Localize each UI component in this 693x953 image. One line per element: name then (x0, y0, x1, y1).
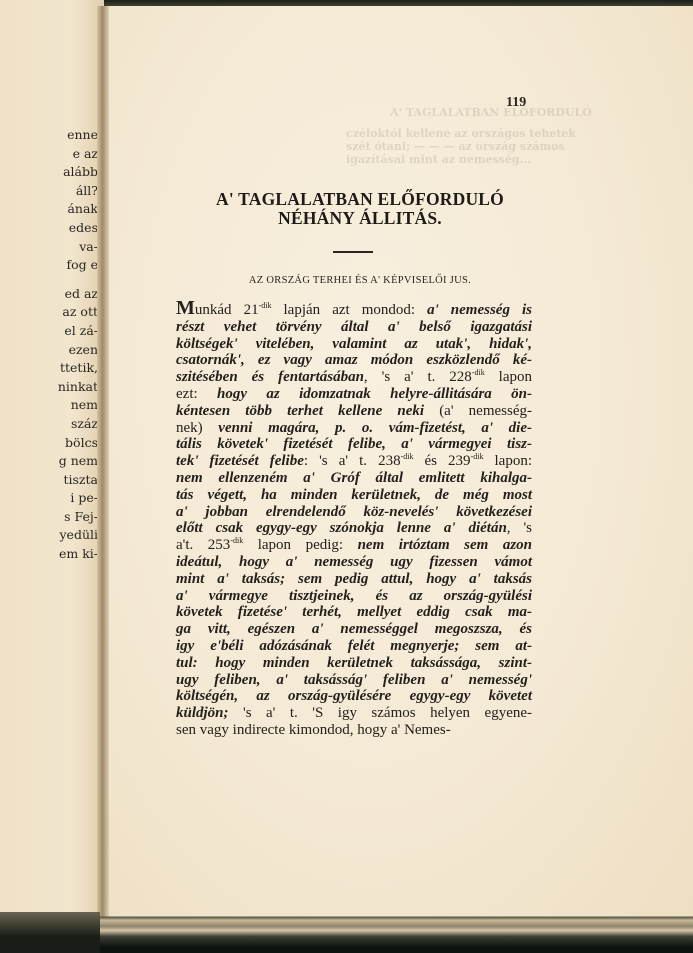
page-number: 119 (506, 95, 526, 111)
left-page-line: em ki- (0, 545, 98, 564)
text-line: nek) venni magára, p. o. vám-fizetést, a… (176, 420, 532, 437)
italic-quote: előtt csak egygy-egy szónokja lenne a' d… (176, 520, 507, 536)
italic-quote: mint a' taksás; sem pedig attul, hogy a'… (176, 571, 532, 587)
left-page-line: ninkat (0, 378, 98, 397)
italic-quote: tális követek' fizetését felibe, a' várm… (176, 436, 532, 452)
left-page-line: áll? (0, 182, 98, 201)
text-line: tális követek' fizetését felibe, a' várm… (176, 436, 532, 453)
left-page-line: el zá- (0, 322, 98, 341)
text-run: nek) (176, 420, 218, 436)
italic-quote: küldjön; (176, 705, 229, 721)
text-line: küldjön; 's a' t. 'S igy számos helyen e… (176, 705, 532, 722)
text-run: unkád 21 (195, 302, 259, 318)
left-page-line: tiszta (0, 471, 98, 490)
italic-quote: venni magára, p. o. vám-fizetést, a' die… (218, 420, 532, 436)
text-run: 's a' t. 'S igy számos helyen egyene- (229, 705, 532, 721)
left-page-line: yedüli (0, 526, 98, 545)
text-line: a't. 253-dik lapon pedig: nem irtóztam s… (176, 537, 532, 554)
italic-quote: szitésében és fentartásában (176, 369, 364, 385)
italic-quote: tul: hogy minden kerületnek taksássága, … (176, 655, 532, 671)
italic-quote: nem irtóztam sem azon (358, 537, 532, 553)
left-page-line: bölcs (0, 434, 98, 453)
paragraph-gap (0, 275, 98, 285)
decorative-rule (333, 251, 373, 253)
italic-quote: ugy feliben, a' taksásság' feliben a' ne… (176, 672, 532, 688)
text-run: , 's (507, 520, 532, 536)
bleed-through-line: czéloktól kellene az országos tehetek (346, 127, 636, 140)
left-page-line: s Fej- (0, 508, 98, 527)
left-page: ennee azalábbáll?ánakedesva-fog eed azaz… (0, 0, 104, 920)
text-line: igy e'béli adózásának felét megnyerje; s… (176, 638, 532, 655)
text-line: költségek' vitelében, valamint az utak',… (176, 336, 532, 353)
text-line: ideátul, hogy a' nemesség ugy fizessen v… (176, 554, 532, 571)
text-run: lapon pedig: (243, 537, 357, 553)
text-line: nem ellenzeném a' Gróf által emlitett ki… (176, 470, 532, 487)
left-page-line: nem (0, 396, 98, 415)
text-run: (a' nemesség- (424, 403, 532, 419)
italic-quote: ideátul, hogy a' nemesség ugy fizessen v… (176, 554, 532, 570)
text-line: a' vármegye tisztjeinek, és az ország-gy… (176, 588, 532, 605)
text-line: csatornák', ez vagy amaz módon eszközlen… (176, 352, 532, 369)
bleed-through-text: A' TAGLALATBAN ELŐFORDULÓczéloktól kelle… (346, 106, 636, 166)
text-line: költségén, az ország-gyülésére egygy-egy… (176, 688, 532, 705)
chapter-title-line-2: NÉHÁNY ÁLLITÁS. (190, 209, 530, 228)
text-run: lapon: (483, 453, 532, 469)
text-line: a' jobban elrendelendő köz-nevelés' köve… (176, 504, 532, 521)
text-line: részt vehet törvény által a' belső igazg… (176, 319, 532, 336)
text-line: ezt: hogy az idomzatnak helyre-állitásár… (176, 386, 532, 403)
ordinal-suffix: -dik (471, 452, 484, 461)
left-page-line: edes (0, 219, 98, 238)
text-line: követek fizetése' terhét, mellyet eddig … (176, 604, 532, 621)
text-line: szitésében és fentartásában, 's a' t. 22… (176, 369, 532, 386)
ordinal-suffix: -dik (230, 536, 243, 545)
text-line: kéntesen több terhet kellene neki (a' ne… (176, 403, 532, 420)
text-run: : 's a' t. 238 (304, 453, 401, 469)
bleed-through-line: szét ótani; — — — az ország számos (346, 140, 636, 153)
book-bottom-page-edges (0, 912, 693, 953)
book-spine-gutter (97, 6, 109, 918)
italic-quote: tek' fizetését felibe (176, 453, 304, 469)
italic-quote: a' vármegye tisztjeinek, és az ország-gy… (176, 588, 532, 604)
text-line: ga vitt, egészen a' nemességgel megoszsz… (176, 621, 532, 638)
chapter-title-line-1: A' TAGLALATBAN ELŐFORDULÓ (190, 190, 530, 209)
italic-quote: hogy az idomzatnak helyre-állitására ön- (217, 386, 532, 402)
chapter-title: A' TAGLALATBAN ELŐFORDULÓ NÉHÁNY ÁLLITÁS… (190, 190, 530, 228)
italic-quote: költségén, az ország-gyülésére egygy-egy… (176, 688, 532, 704)
text-line: mint a' taksás; sem pedig attul, hogy a'… (176, 571, 532, 588)
ordinal-suffix: -dik (401, 452, 414, 461)
left-page-line: az ott (0, 303, 98, 322)
text-run: sen vagy indirecte kimondod, hogy a' Nem… (176, 722, 451, 738)
left-page-line: e az (0, 145, 98, 164)
left-page-line: enne (0, 126, 98, 145)
text-run: lapon (485, 369, 532, 385)
initial-capital: M (176, 297, 195, 319)
text-line: Munkád 21-dik lapján azt mondod: a' neme… (176, 300, 532, 319)
text-line: tul: hogy minden kerületnek taksássága, … (176, 655, 532, 672)
left-page-line: va- (0, 238, 98, 257)
ordinal-suffix: -dik (259, 301, 272, 310)
left-page-line: száz (0, 415, 98, 434)
italic-quote: tás végett, ha minden kerületnek, de még… (176, 487, 532, 503)
left-page-line: i pe- (0, 489, 98, 508)
left-page-line: ezen (0, 341, 98, 360)
text-line: előtt csak egygy-egy szónokja lenne a' d… (176, 520, 532, 537)
text-run: , 's a' t. 228 (364, 369, 472, 385)
text-run: lapján azt mondod: (271, 302, 427, 318)
text-line: ugy feliben, a' taksásság' feliben a' ne… (176, 672, 532, 689)
italic-quote: kéntesen több terhet kellene neki (176, 403, 424, 419)
bleed-through-line: igazításai mint az nemesség... (346, 153, 636, 166)
left-page-line: g nem (0, 452, 98, 471)
italic-quote: csatornák', ez vagy amaz módon eszközlen… (176, 352, 532, 368)
text-line: tás végett, ha minden kerületnek, de még… (176, 487, 532, 504)
italic-quote: a' jobban elrendelendő köz-nevelés' köve… (176, 504, 532, 520)
italic-quote: követek fizetése' terhét, mellyet eddig … (176, 604, 532, 620)
italic-quote: nem ellenzeném a' Gróf által emlitett ki… (176, 470, 532, 486)
ordinal-suffix: -dik (472, 368, 485, 377)
left-page-text-fragments: ennee azalábbáll?ánakedesva-fog eed azaz… (0, 126, 98, 564)
italic-quote: költségek' vitelében, valamint az utak',… (176, 336, 532, 352)
text-run: ezt: (176, 386, 217, 402)
text-run: és 239 (413, 453, 470, 469)
section-heading: AZ ORSZÁG TERHEI ÉS A' KÉPVISELŐI JUS. (170, 275, 550, 286)
text-line: sen vagy indirecte kimondod, hogy a' Nem… (176, 722, 532, 739)
text-run: a't. 253 (176, 537, 230, 553)
left-page-line: ed az (0, 285, 98, 304)
bleed-through-line: A' TAGLALATBAN ELŐFORDULÓ (346, 106, 636, 119)
left-page-line: alább (0, 163, 98, 182)
italic-quote: részt vehet törvény által a' belső igazg… (176, 319, 532, 335)
italic-quote: a' nemesség is (427, 302, 532, 318)
left-page-line: ának (0, 200, 98, 219)
italic-quote: igy e'béli adózásának felét megnyerje; s… (176, 638, 532, 654)
left-page-line: ttetik, (0, 359, 98, 378)
text-line: tek' fizetését felibe: 's a' t. 238-dik … (176, 453, 532, 470)
italic-quote: ga vitt, egészen a' nemességgel megoszsz… (176, 621, 532, 637)
body-paragraph: Munkád 21-dik lapján azt mondod: a' neme… (176, 300, 532, 739)
left-page-line: fog e (0, 256, 98, 275)
